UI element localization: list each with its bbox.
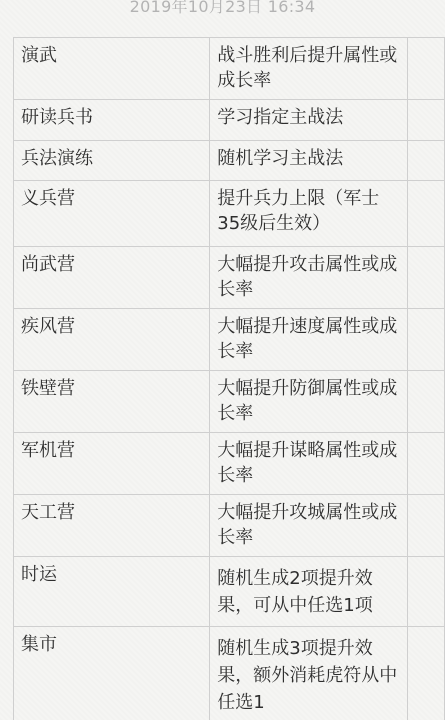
row-extra-cell	[407, 309, 444, 371]
table-row: 军机营 大幅提升谋略属性或成长率	[14, 433, 445, 495]
row-name-cell: 兵法演练	[14, 141, 210, 181]
row-desc-cell: 大幅提升谋略属性或成长率	[210, 433, 407, 495]
row-name-cell: 军机营	[14, 433, 210, 495]
row-extra-cell	[407, 371, 444, 433]
table-row: 铁壁营 大幅提升防御属性或成长率	[14, 371, 445, 433]
row-name-cell: 尚武营	[14, 247, 210, 309]
row-name-cell: 天工营	[14, 495, 210, 557]
row-desc-cell: 学习指定主战法	[210, 100, 407, 141]
row-extra-cell	[407, 627, 444, 720]
table-row: 演武 战斗胜利后提升属性或成长率	[14, 38, 445, 100]
row-name-cell: 疾风营	[14, 309, 210, 371]
table-row: 研读兵书 学习指定主战法	[14, 100, 445, 141]
row-desc-cell: 提升兵力上限（军士35级后生效）	[210, 181, 407, 247]
feature-table: 演武 战斗胜利后提升属性或成长率 研读兵书 学习指定主战法 兵法演练 随机学习主…	[13, 37, 445, 720]
row-extra-cell	[407, 557, 444, 627]
row-name-cell: 时运	[14, 557, 210, 627]
table-row: 疾风营 大幅提升速度属性或成长率	[14, 309, 445, 371]
row-name-cell: 铁壁营	[14, 371, 210, 433]
table-row: 集市 随机生成3项提升效果，额外消耗虎符从中任选1	[14, 627, 445, 720]
row-extra-cell	[407, 141, 444, 181]
row-extra-cell	[407, 100, 444, 141]
row-name-cell: 研读兵书	[14, 100, 210, 141]
row-desc-cell: 随机学习主战法	[210, 141, 407, 181]
row-desc-cell: 大幅提升防御属性或成长率	[210, 371, 407, 433]
row-name-cell: 集市	[14, 627, 210, 720]
row-desc-cell: 随机生成2项提升效果，可从中任选1项	[210, 557, 407, 627]
row-desc-cell: 战斗胜利后提升属性或成长率	[210, 38, 407, 100]
row-extra-cell	[407, 38, 444, 100]
row-extra-cell	[407, 247, 444, 309]
row-extra-cell	[407, 433, 444, 495]
row-extra-cell	[407, 495, 444, 557]
row-desc-cell: 大幅提升速度属性或成长率	[210, 309, 407, 371]
row-desc-cell: 随机生成3项提升效果，额外消耗虎符从中任选1	[210, 627, 407, 720]
row-name-cell: 义兵营	[14, 181, 210, 247]
table-row: 尚武营 大幅提升攻击属性或成长率	[14, 247, 445, 309]
table-row: 义兵营 提升兵力上限（军士35级后生效）	[14, 181, 445, 247]
row-name-cell: 演武	[14, 38, 210, 100]
row-desc-cell: 大幅提升攻击属性或成长率	[210, 247, 407, 309]
table-row: 时运 随机生成2项提升效果，可从中任选1项	[14, 557, 445, 627]
note-timestamp: 2019年10月23日 16:34	[0, 0, 445, 17]
row-extra-cell	[407, 181, 444, 247]
note-page: 2019年10月23日 16:34 演武 战斗胜利后提升属性或成长率 研读兵书 …	[0, 0, 445, 720]
table-row: 兵法演练 随机学习主战法	[14, 141, 445, 181]
row-desc-cell: 大幅提升攻城属性或成长率	[210, 495, 407, 557]
table-row: 天工营 大幅提升攻城属性或成长率	[14, 495, 445, 557]
